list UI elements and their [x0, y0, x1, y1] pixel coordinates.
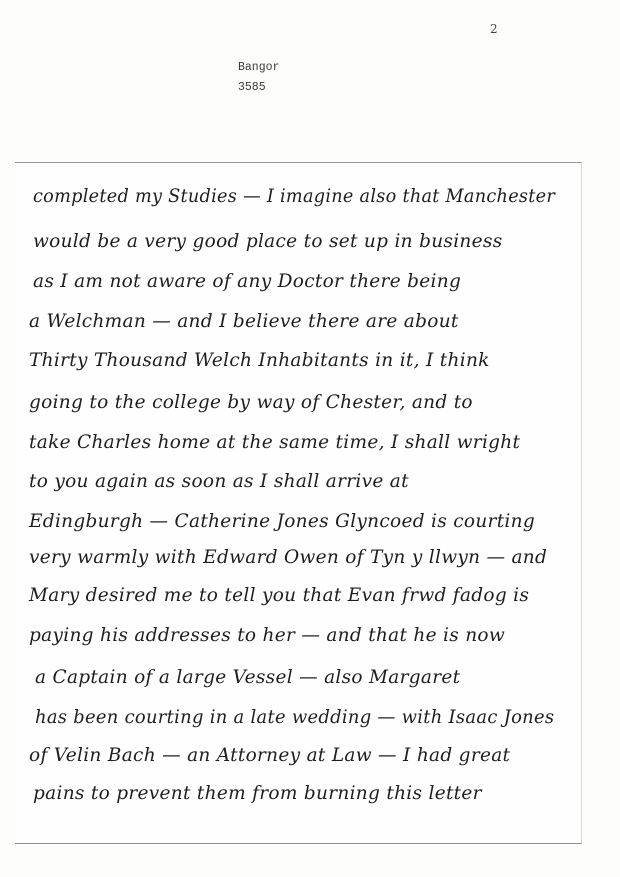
- archive-reference: 3585: [238, 78, 279, 98]
- letter-line: take Charles home at the same time, I sh…: [29, 432, 520, 453]
- letter-line: of Velin Bach — an Attorney at Law — I h…: [29, 745, 510, 766]
- letter-line: would be a very good place to set up in …: [33, 231, 502, 252]
- letter-line: has been courting in a late wedding — wi…: [35, 707, 554, 728]
- letter-line: completed my Studies — I imagine also th…: [33, 186, 555, 207]
- letter-line: Mary desired me to tell you that Evan fr…: [29, 585, 529, 606]
- letter-line: paying his addresses to her — and that h…: [29, 625, 505, 646]
- letter-line: a Welchman — and I believe there are abo…: [29, 311, 459, 332]
- letter-line: a Captain of a large Vessel — also Marga…: [35, 667, 460, 688]
- archive-stamp: Bangor 3585: [238, 58, 279, 98]
- letter-line: very warmly with Edward Owen of Tyn y ll…: [29, 547, 547, 568]
- letter-line: as I am not aware of any Doctor there be…: [33, 271, 461, 292]
- letter-line: going to the college by way of Chester, …: [29, 392, 473, 413]
- letter-line: pains to prevent them from burning this …: [33, 783, 482, 804]
- archive-name: Bangor: [238, 58, 279, 78]
- letter-line: Edingburgh — Catherine Jones Glyncoed is…: [29, 511, 535, 532]
- page-number: 2: [490, 22, 498, 36]
- handwritten-letter-page: completed my Studies — I imagine also th…: [15, 162, 582, 844]
- letter-line: Thirty Thousand Welch Inhabitants in it,…: [29, 350, 490, 371]
- letter-line: to you again as soon as I shall arrive a…: [29, 471, 409, 492]
